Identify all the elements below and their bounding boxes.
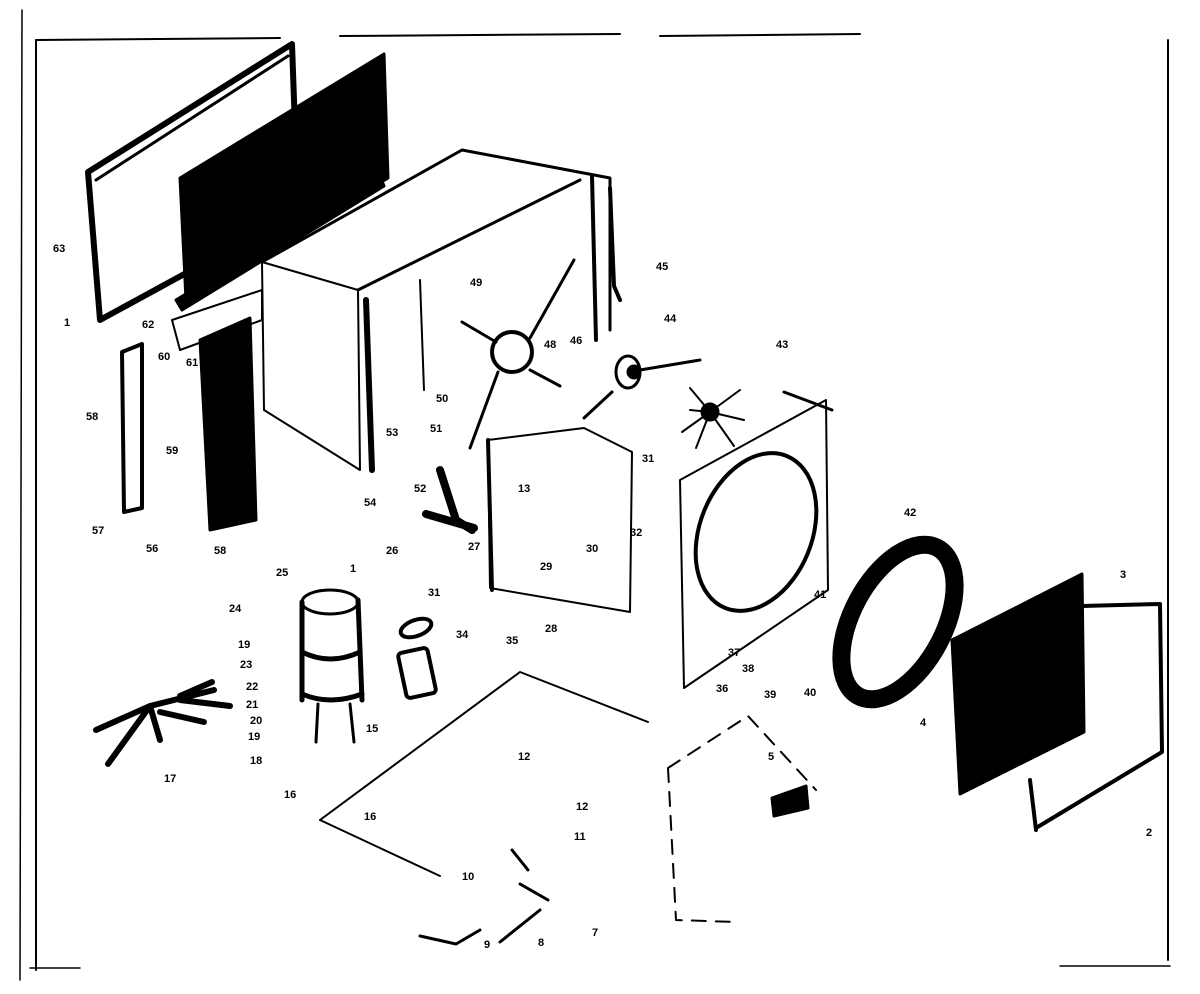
callout-57: 57 — [92, 526, 104, 537]
callout-36: 36 — [716, 684, 728, 695]
callout-52: 52 — [414, 484, 426, 495]
callout-49: 49 — [470, 278, 482, 289]
callout-32: 32 — [630, 528, 642, 539]
callout-48: 48 — [544, 340, 556, 351]
callout-16: 16 — [284, 790, 296, 801]
callout-27: 27 — [468, 542, 480, 553]
callout-12b: 12 — [576, 802, 588, 813]
callout-62: 62 — [142, 320, 154, 331]
callout-22: 22 — [246, 682, 258, 693]
callout-5: 5 — [768, 752, 774, 763]
callout-2: 2 — [1146, 828, 1152, 839]
diagram-artwork — [0, 0, 1200, 994]
callout-58-coil: 58 — [214, 546, 226, 557]
callout-40: 40 — [804, 688, 816, 699]
callout-41: 41 — [814, 590, 826, 601]
callout-53: 53 — [386, 428, 398, 439]
callout-59: 59 — [166, 446, 178, 457]
callout-39: 39 — [764, 690, 776, 701]
callout-18: 18 — [250, 756, 262, 767]
callout-61: 61 — [186, 358, 198, 369]
callout-21: 21 — [246, 700, 258, 711]
callout-25: 25 — [276, 568, 288, 579]
callout-28: 28 — [545, 624, 557, 635]
callout-29: 29 — [540, 562, 552, 573]
callout-8: 8 — [538, 938, 544, 949]
callout-37: 37 — [728, 648, 740, 659]
callout-7: 7 — [592, 928, 598, 939]
callout-9: 9 — [484, 940, 490, 951]
callout-34: 34 — [456, 630, 468, 641]
callout-44: 44 — [664, 314, 676, 325]
callout-31-strap: 31 — [428, 588, 440, 599]
callout-19: 19 — [238, 640, 250, 651]
callout-50: 50 — [436, 394, 448, 405]
callout-11: 11 — [574, 832, 586, 843]
callout-51: 51 — [430, 424, 442, 435]
parts-diagram: 63 1 62 61 60 58 59 57 56 58 54 53 51 52… — [0, 0, 1200, 994]
callout-4: 4 — [920, 718, 926, 729]
callout-56: 56 — [146, 544, 158, 555]
callout-16b: 16 — [364, 812, 376, 823]
callout-38: 38 — [742, 664, 754, 675]
callout-60: 60 — [158, 352, 170, 363]
callout-63: 63 — [53, 244, 65, 255]
callout-12: 12 — [518, 752, 530, 763]
callout-43: 43 — [776, 340, 788, 351]
callout-15: 15 — [366, 724, 378, 735]
callout-20: 20 — [250, 716, 262, 727]
callout-1: 1 — [64, 318, 70, 329]
callout-1-compressor: 1 — [350, 564, 356, 575]
callout-23: 23 — [240, 660, 252, 671]
callout-46: 46 — [570, 336, 582, 347]
callout-3: 3 — [1120, 570, 1126, 581]
callout-19b: 19 — [248, 732, 260, 743]
callout-54: 54 — [364, 498, 376, 509]
callout-35: 35 — [506, 636, 518, 647]
callout-58: 58 — [86, 412, 98, 423]
callout-10: 10 — [462, 872, 474, 883]
callout-26: 26 — [386, 546, 398, 557]
callout-45: 45 — [656, 262, 668, 273]
callout-17: 17 — [164, 774, 176, 785]
callout-24: 24 — [229, 604, 241, 615]
callout-13: 13 — [518, 484, 530, 495]
callout-30: 30 — [586, 544, 598, 555]
callout-42: 42 — [904, 508, 916, 519]
callout-31: 31 — [642, 454, 654, 465]
